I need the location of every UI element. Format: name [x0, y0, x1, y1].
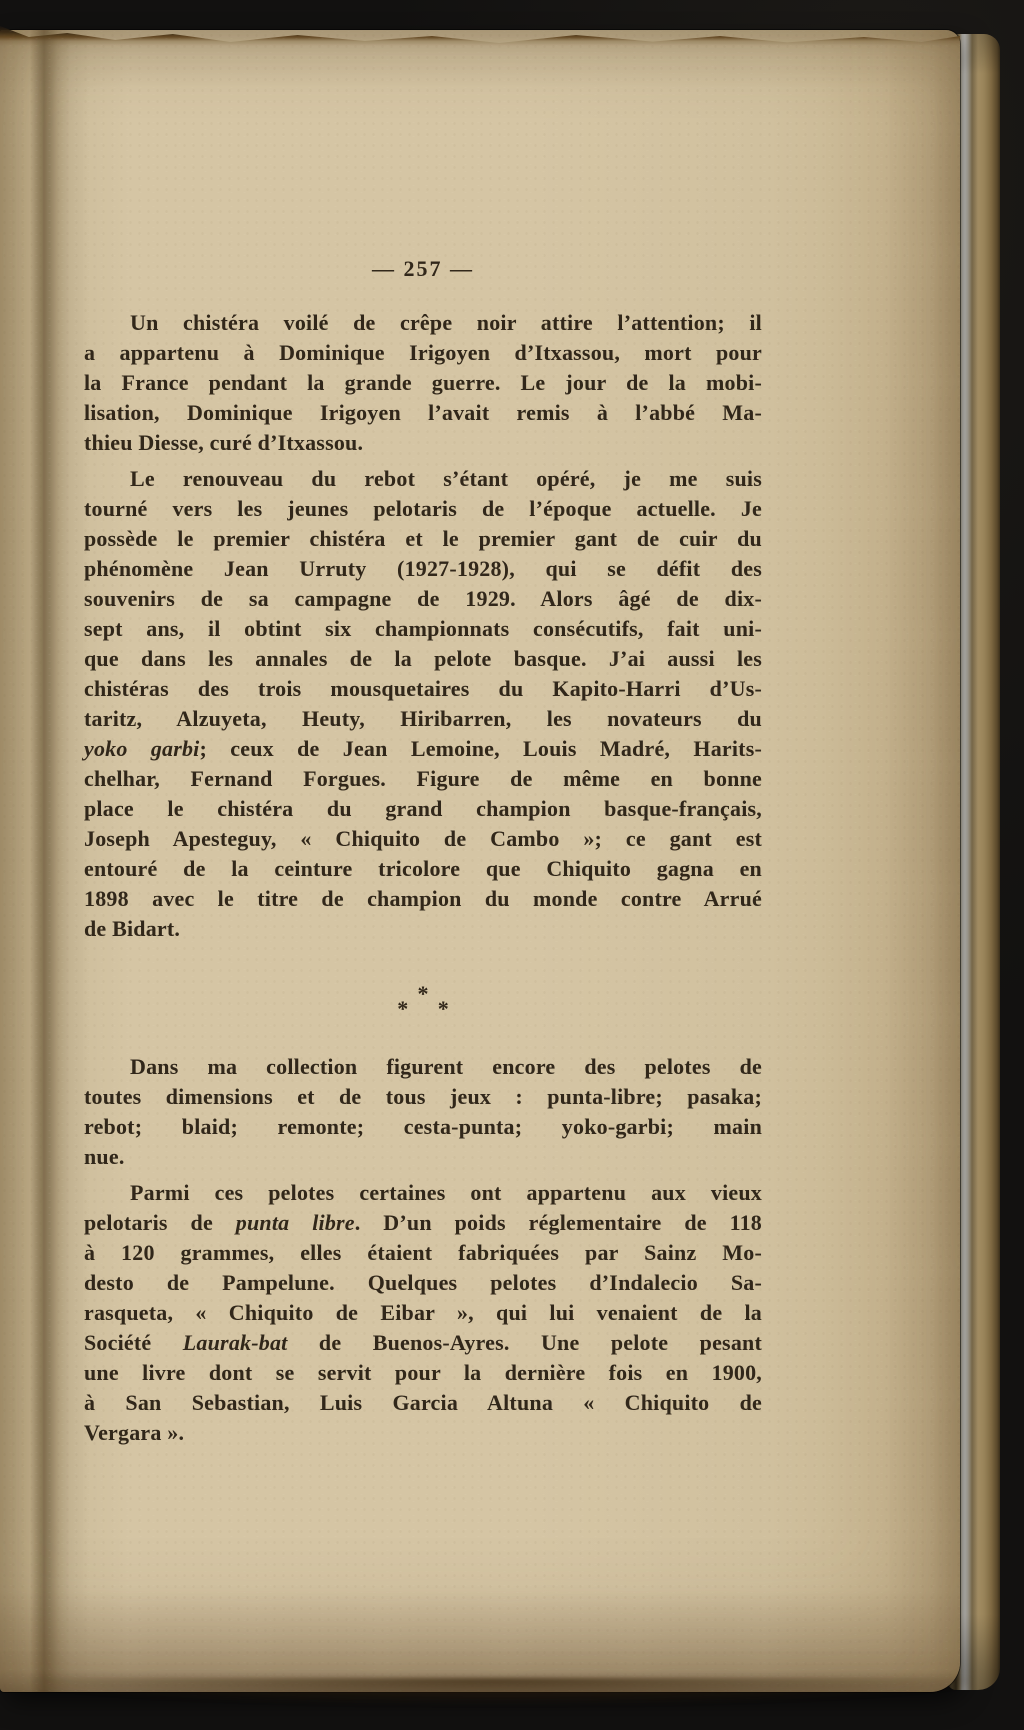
text-line: à San Sebastian, Luis Garcia Altuna « Ch… [84, 1388, 762, 1418]
text-segment: taritz, Alzuyeta, Heuty, Hiribarren, les… [84, 706, 762, 731]
text-segment: possède le premier chistéra et le premie… [84, 526, 762, 551]
italic-text-segment: yoko garbi [84, 736, 200, 761]
text-segment: de Buenos-Ayres. Une pelote pesant [287, 1330, 762, 1355]
text-line: Joseph Apesteguy, « Chiquito de Cambo »;… [84, 824, 762, 854]
page-number: — 257 — [84, 254, 762, 284]
paragraphs-container: Un chistéra voilé de crêpe noir attire l… [84, 308, 762, 1448]
text-segment: Société [84, 1330, 183, 1355]
text-segment: chelhar, Fernand Forgues. Figure de même… [84, 766, 762, 791]
text-line: à 120 grammes, elles étaient fabriquées … [84, 1238, 762, 1268]
text-segment: toutes dimensions et de tous jeux : punt… [84, 1084, 762, 1109]
text-segment: 1898 avec le titre de champion du monde … [84, 886, 762, 911]
text-line: sept ans, il obtint six championnats con… [84, 614, 762, 644]
text-segment: de Bidart. [84, 916, 180, 941]
text-segment: thieu Diesse, curé d’Itxassou. [84, 430, 363, 455]
text-line: rebot; blaid; remonte; cesta-punta; yoko… [84, 1112, 762, 1142]
text-line: de Bidart. [84, 914, 762, 944]
text-line: Un chistéra voilé de crêpe noir attire l… [84, 308, 762, 338]
text-line: lisation, Dominique Irigoyen l’avait rem… [84, 398, 762, 428]
text-line: une livre dont se servit pour la dernièr… [84, 1358, 762, 1388]
text-segment: souvenirs de sa campagne de 1929. Alors … [84, 586, 762, 611]
text-line: entouré de la ceinture tricolore que Chi… [84, 854, 762, 884]
text-segment: à San Sebastian, Luis Garcia Altuna « Ch… [84, 1390, 762, 1415]
text-line: rasqueta, « Chiquito de Eibar », qui lui… [84, 1298, 762, 1328]
text-line: Parmi ces pelotes certaines ont apparten… [84, 1178, 762, 1208]
asterism-bottom: * * [84, 1001, 762, 1016]
text-segment: à 120 grammes, elles étaient fabriquées … [84, 1240, 762, 1265]
text-segment: rebot; blaid; remonte; cesta-punta; yoko… [84, 1114, 762, 1139]
text-line: taritz, Alzuyeta, Heuty, Hiribarren, les… [84, 704, 762, 734]
text-line: toutes dimensions et de tous jeux : punt… [84, 1082, 762, 1112]
text-segment: sept ans, il obtint six championnats con… [84, 616, 762, 641]
italic-text-segment: punta libre [236, 1210, 355, 1235]
asterism-separator: ** * [84, 986, 762, 1016]
text-line: tourné vers les jeunes pelotaris de l’ép… [84, 494, 762, 524]
text-segment: chistéras des trois mousquetaires du Kap… [84, 676, 762, 701]
page-bottom-shadow [30, 1678, 970, 1704]
text-segment: Parmi ces pelotes certaines ont apparten… [130, 1180, 762, 1205]
text-segment: Dans ma collection figurent encore des p… [130, 1054, 762, 1079]
text-line: Dans ma collection figurent encore des p… [84, 1052, 762, 1082]
text-line: thieu Diesse, curé d’Itxassou. [84, 428, 762, 458]
photograph-background: — 257 — Un chistéra voilé de crêpe noir … [0, 0, 1024, 1730]
text-segment: Le renouveau du rebot s’étant opéré, je … [130, 466, 762, 491]
text-line: Le renouveau du rebot s’étant opéré, je … [84, 464, 762, 494]
paragraph-2: Le renouveau du rebot s’étant opéré, je … [84, 464, 762, 944]
text-line: souvenirs de sa campagne de 1929. Alors … [84, 584, 762, 614]
paragraph-4: Parmi ces pelotes certaines ont apparten… [84, 1178, 762, 1448]
text-line: chelhar, Fernand Forgues. Figure de même… [84, 764, 762, 794]
text-segment: Joseph Apesteguy, « Chiquito de Cambo »;… [84, 826, 762, 851]
text-segment: place le chistéra du grand champion basq… [84, 796, 762, 821]
text-block: — 257 — Un chistéra voilé de crêpe noir … [84, 254, 762, 1448]
text-line: pelotaris de punta libre. D’un poids rég… [84, 1208, 762, 1238]
text-segment: desto de Pampelune. Quelques pelotes d’I… [84, 1270, 762, 1295]
paragraph-1: Un chistéra voilé de crêpe noir attire l… [84, 308, 762, 458]
text-segment: Vergara ». [84, 1420, 184, 1445]
text-segment: une livre dont se servit pour la dernièr… [84, 1360, 762, 1385]
text-segment: a appartenu à Dominique Irigoyen d’Itxas… [84, 340, 762, 365]
text-line: chistéras des trois mousquetaires du Kap… [84, 674, 762, 704]
text-segment: . D’un poids réglementaire de 118 [355, 1210, 762, 1235]
text-line: que dans les annales de la pelote basque… [84, 644, 762, 674]
text-segment: tourné vers les jeunes pelotaris de l’ép… [84, 496, 762, 521]
text-line: possède le premier chistéra et le premie… [84, 524, 762, 554]
book-page: — 257 — Un chistéra voilé de crêpe noir … [0, 30, 960, 1692]
text-segment: Un chistéra voilé de crêpe noir attire l… [130, 310, 762, 335]
paragraph-3: Dans ma collection figurent encore des p… [84, 1052, 762, 1172]
text-segment: pelotaris de [84, 1210, 236, 1235]
text-line: Vergara ». [84, 1418, 762, 1448]
text-segment: phénomène Jean Urruty (1927-1928), qui s… [84, 556, 762, 581]
italic-text-segment: Laurak-bat [183, 1330, 288, 1355]
text-line: yoko garbi; ceux de Jean Lemoine, Louis … [84, 734, 762, 764]
text-segment: entouré de la ceinture tricolore que Chi… [84, 856, 762, 881]
text-segment: que dans les annales de la pelote basque… [84, 646, 762, 671]
text-line: place le chistéra du grand champion basq… [84, 794, 762, 824]
text-line: desto de Pampelune. Quelques pelotes d’I… [84, 1268, 762, 1298]
text-line: la France pendant la grande guerre. Le j… [84, 368, 762, 398]
text-segment: ; ceux de Jean Lemoine, Louis Madré, Har… [200, 736, 762, 761]
text-segment: rasqueta, « Chiquito de Eibar », qui lui… [84, 1300, 762, 1325]
text-segment: lisation, Dominique Irigoyen l’avait rem… [84, 400, 762, 425]
text-segment: la France pendant la grande guerre. Le j… [84, 370, 762, 395]
text-line: a appartenu à Dominique Irigoyen d’Itxas… [84, 338, 762, 368]
text-line: 1898 avec le titre de champion du monde … [84, 884, 762, 914]
text-line: Société Laurak-bat de Buenos-Ayres. Une … [84, 1328, 762, 1358]
text-segment: nue. [84, 1144, 125, 1169]
text-line: nue. [84, 1142, 762, 1172]
text-line: phénomène Jean Urruty (1927-1928), qui s… [84, 554, 762, 584]
